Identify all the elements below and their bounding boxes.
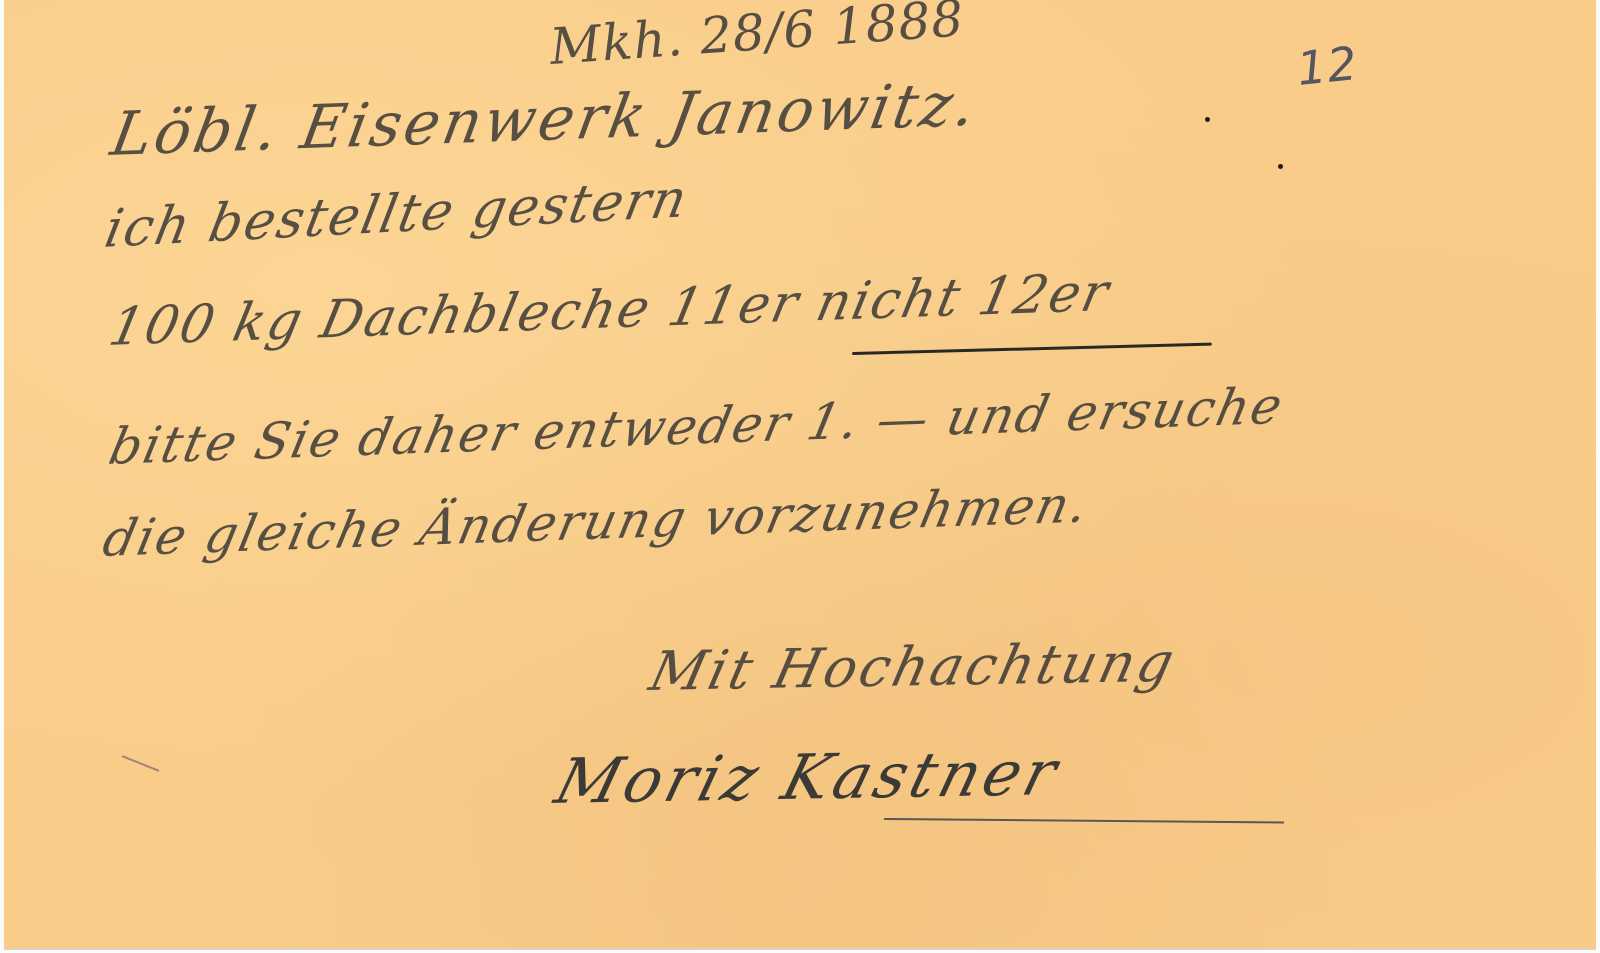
ink-dot	[1278, 164, 1283, 169]
body-line-4: die gleiche Änderung vorzunehmen.	[98, 475, 1095, 568]
salutation: Löbl. Eisenwerk Janowitz.	[106, 69, 983, 170]
body-line-3: bitte Sie daher entweder 1. — und ersuch…	[104, 377, 1289, 476]
signature: Moriz Kastner	[548, 736, 1069, 818]
date-line: Mkh. 28/6 1888	[548, 0, 966, 76]
body-line-1: ich bestellte gestern	[100, 169, 693, 260]
pencil-smudge	[122, 755, 160, 772]
valediction: Mit Hochachtung	[644, 631, 1183, 703]
underline-emphasis	[852, 343, 1212, 355]
signature-underline	[884, 818, 1284, 823]
archive-number: 12	[1294, 36, 1360, 96]
body-line-2: 100 kg Dachbleche 11er nicht 12er	[104, 263, 1116, 358]
postcard: Mkh. 28/6 1888 12 Löbl. Eisenwerk Janowi…	[4, 0, 1596, 950]
ink-dot	[1205, 117, 1210, 122]
